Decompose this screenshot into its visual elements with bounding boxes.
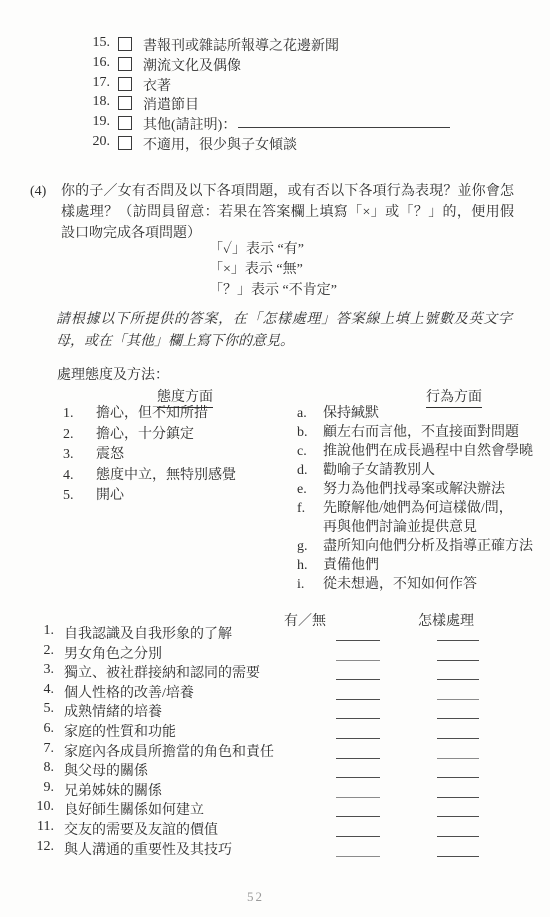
answer-line-how-handle[interactable]: [437, 816, 479, 817]
item-number: 1.: [60, 404, 85, 425]
question-answer-table: 1. 自我認識及自我形象的了解 2. 男女角色之分別 3. 獨立、被社群接納和認…: [22, 623, 479, 858]
answer-line-has-none[interactable]: [336, 640, 380, 641]
item-letter: d.: [297, 461, 313, 480]
row-label: 自我認識及自我形象的了解: [54, 623, 336, 643]
row-label: 兄弟姊妹的關係: [54, 780, 336, 800]
answer-line-has-none[interactable]: [336, 699, 380, 700]
answer-line-how-handle[interactable]: [437, 699, 479, 700]
answer-line-has-none[interactable]: [336, 836, 380, 837]
item-letter: c.: [297, 442, 313, 461]
answer-line-how-handle[interactable]: [437, 758, 479, 759]
table-row: 3. 獨立、被社群接納和認同的需要: [22, 662, 479, 682]
item-label: 擔心，但不知所措: [96, 404, 208, 425]
item-number: 17.: [85, 75, 110, 91]
answer-line-how-handle[interactable]: [437, 660, 479, 661]
answer-line-has-none[interactable]: [336, 679, 380, 680]
table-row: 1. 自我認識及自我形象的了解: [22, 623, 479, 643]
list-item: c. 推說他們在成長過程中自然會學曉: [297, 442, 547, 461]
answer-line-how-handle[interactable]: [437, 679, 479, 680]
answer-line-how-handle[interactable]: [437, 718, 479, 719]
item-number: 16.: [85, 55, 110, 71]
legend-cross-line: 「×」表示 “無”: [209, 260, 337, 280]
checkbox[interactable]: [118, 136, 132, 150]
item-label: 責備他們: [323, 556, 547, 575]
item-label: 從未想過，不知如何作答: [323, 575, 547, 594]
list-item: 18. 消遣節目: [85, 94, 450, 114]
list-item: d. 勸喻子女請教別人: [297, 461, 547, 480]
row-number: 1.: [22, 623, 54, 639]
answer-line-has-none[interactable]: [336, 856, 380, 857]
checkbox[interactable]: [118, 96, 132, 110]
row-number: 3.: [22, 662, 54, 678]
item-letter: a.: [297, 404, 313, 423]
list-item: e. 努力為他們找尋案或解決辦法: [297, 480, 547, 499]
item-number: 15.: [85, 35, 110, 51]
row-number: 6.: [22, 721, 54, 737]
item-label: 其他(請註明)：: [143, 114, 236, 134]
page-number: 52: [247, 889, 264, 905]
row-label: 男女角色之分別: [54, 643, 336, 663]
row-number: 7.: [22, 741, 54, 757]
item-letter: h.: [297, 556, 313, 575]
row-label: 家庭內各成員所擔當的角色和責任: [54, 741, 336, 761]
item-label-line2: 再與他們討論並提供意見: [323, 518, 547, 537]
row-number: 9.: [22, 780, 54, 796]
item-label: 態度中立，無特別感覺: [96, 466, 236, 487]
legend-check-line: 「✓」表示 “有”: [209, 240, 337, 260]
list-item: g. 盡所知向他們分析及指導正確方法: [297, 537, 547, 556]
row-label: 家庭的性質和功能: [54, 721, 336, 741]
item-number: 18.: [85, 94, 110, 110]
legend-question-line: 「？」表示 “不肯定”: [209, 281, 337, 301]
item-number: 19.: [85, 114, 110, 130]
methods-title: 處理態度及方法：: [57, 364, 169, 384]
item-number: 20.: [85, 134, 110, 150]
symbol-legend: 「✓」表示 “有” 「×」表示 “無” 「？」表示 “不肯定”: [209, 240, 337, 301]
question-number: (4): [30, 181, 61, 244]
table-row: 7. 家庭內各成員所擔當的角色和責任: [22, 741, 479, 761]
answer-line-has-none[interactable]: [336, 738, 380, 739]
list-item: 2. 擔心，十分鎮定: [60, 425, 236, 446]
item-label: 盡所知向他們分析及指導正確方法: [323, 537, 547, 556]
behavior-option-list: a. 保持緘默 b. 顧左右而言他，不直接面對問題 c. 推說他們在成長過程中自…: [297, 404, 547, 594]
item-label: 顧左右而言他，不直接面對問題: [323, 423, 547, 442]
item-label: 擔心，十分鎮定: [96, 425, 194, 446]
question-4: (4) 你的子／女有否問及以下各項問題，或有否以下各項行為表現？並你會怎樣處理？…: [30, 181, 514, 244]
table-row: 5. 成熟情緒的培養: [22, 701, 479, 721]
document-page: 15. 書報刊或雜誌所報導之花邊新聞 16. 潮流文化及偶像 17. 衣著 18…: [0, 0, 550, 917]
list-item: 19. 其他(請註明)：: [85, 114, 450, 134]
answer-line-has-none[interactable]: [336, 718, 380, 719]
item-number: 3.: [60, 445, 85, 466]
table-row: 4. 個人性格的改善/培養: [22, 682, 479, 702]
row-label: 成熟情緒的培養: [54, 701, 336, 721]
answer-line-how-handle[interactable]: [437, 797, 479, 798]
list-item: 15. 書報刊或雜誌所報導之花邊新聞: [85, 35, 450, 55]
list-item: i. 從未想過，不知如何作答: [297, 575, 547, 594]
topic-checkbox-list: 15. 書報刊或雜誌所報導之花邊新聞 16. 潮流文化及偶像 17. 衣著 18…: [85, 35, 450, 154]
table-row: 6. 家庭的性質和功能: [22, 721, 479, 741]
list-item: 1. 擔心，但不知所措: [60, 404, 236, 425]
item-number: 5.: [60, 486, 85, 507]
row-number: 8.: [22, 760, 54, 776]
item-letter: e.: [297, 480, 313, 499]
row-number: 10.: [22, 799, 54, 815]
answer-line-has-none[interactable]: [336, 777, 380, 778]
item-letter: i.: [297, 575, 313, 594]
row-number: 11.: [22, 819, 54, 835]
item-label: 推說他們在成長過程中自然會學曉: [323, 442, 547, 461]
item-label: 保持緘默: [323, 404, 547, 423]
checkbox[interactable]: [118, 77, 132, 91]
table-row: 10. 良好師生關係如何建立: [22, 799, 479, 819]
item-label: 努力為他們找尋案或解決辦法: [323, 480, 547, 499]
item-label: 書報刊或雜誌所報導之花邊新聞: [143, 35, 339, 55]
attitude-option-list: 1. 擔心，但不知所措 2. 擔心，十分鎮定 3. 震怒 4. 態度中立，無特別…: [60, 404, 236, 507]
item-label: 消遣節目: [143, 94, 199, 114]
answer-line-has-none[interactable]: [336, 758, 380, 759]
item-label: 勸喻子女請教別人: [323, 461, 547, 480]
list-item: b. 顧左右而言他，不直接面對問題: [297, 423, 547, 442]
checkbox[interactable]: [118, 116, 132, 130]
answer-line-how-handle[interactable]: [437, 738, 479, 739]
item-letter: b.: [297, 423, 313, 442]
row-number: 4.: [22, 682, 54, 698]
table-row: 12. 與人溝通的重要性及其技巧: [22, 839, 479, 859]
list-item: 16. 潮流文化及偶像: [85, 55, 450, 75]
row-number: 12.: [22, 839, 54, 855]
checkbox[interactable]: [118, 57, 132, 71]
table-row: 9. 兄弟姊妹的關係: [22, 780, 479, 800]
row-label: 獨立、被社群接納和認同的需要: [54, 662, 336, 682]
row-number: 5.: [22, 701, 54, 717]
item-number: 4.: [60, 466, 85, 487]
answer-line-how-handle[interactable]: [437, 856, 479, 857]
fill-in-blank[interactable]: [238, 114, 450, 128]
row-label: 與父母的關係: [54, 760, 336, 780]
item-label: 衣著: [143, 75, 171, 95]
answer-line-how-handle[interactable]: [437, 640, 479, 641]
table-row: 11. 交友的需要及友誼的價值: [22, 819, 479, 839]
list-item: 3. 震怒: [60, 445, 236, 466]
row-number: 2.: [22, 643, 54, 659]
table-row: 2. 男女角色之分別: [22, 643, 479, 663]
row-label: 與人溝通的重要性及其技巧: [54, 839, 336, 859]
item-label: 開心: [96, 486, 124, 507]
answer-line-has-none[interactable]: [336, 660, 380, 661]
list-item: 17. 衣著: [85, 75, 450, 95]
list-item: h. 責備他們: [297, 556, 547, 575]
item-letter: g.: [297, 537, 313, 556]
table-row: 8. 與父母的關係: [22, 760, 479, 780]
item-label: 不適用，很少與子女傾談: [143, 134, 297, 154]
item-label: 震怒: [96, 445, 124, 466]
row-label: 交友的需要及友誼的價值: [54, 819, 336, 839]
answer-line-how-handle[interactable]: [437, 777, 479, 778]
item-letter: f.: [297, 499, 313, 537]
answer-line-how-handle[interactable]: [437, 836, 479, 837]
fill-instruction: 請根據以下所提供的答案，在「怎樣處理」答案線上填上號數及英文字母，或在「其他」欄…: [56, 309, 512, 352]
list-item: 20. 不適用，很少與子女傾談: [85, 134, 450, 154]
list-item: f. 先瞭解他/她們為何這樣做/問， 再與他們討論並提供意見: [297, 499, 547, 537]
answer-line-has-none[interactable]: [336, 797, 380, 798]
item-label: 先瞭解他/她們為何這樣做/問，: [323, 499, 547, 518]
list-item: 4. 態度中立，無特別感覺: [60, 466, 236, 487]
list-item: 5. 開心: [60, 486, 236, 507]
question-text: 你的子／女有否問及以下各項問題，或有否以下各項行為表現？並你會怎樣處理？（訪問員…: [61, 181, 514, 244]
row-label: 良好師生關係如何建立: [54, 799, 336, 819]
list-item: a. 保持緘默: [297, 404, 547, 423]
row-label: 個人性格的改善/培養: [54, 682, 336, 702]
checkbox[interactable]: [118, 37, 132, 51]
answer-line-has-none[interactable]: [336, 816, 380, 817]
item-label: 潮流文化及偶像: [143, 55, 241, 75]
item-number: 2.: [60, 425, 85, 446]
